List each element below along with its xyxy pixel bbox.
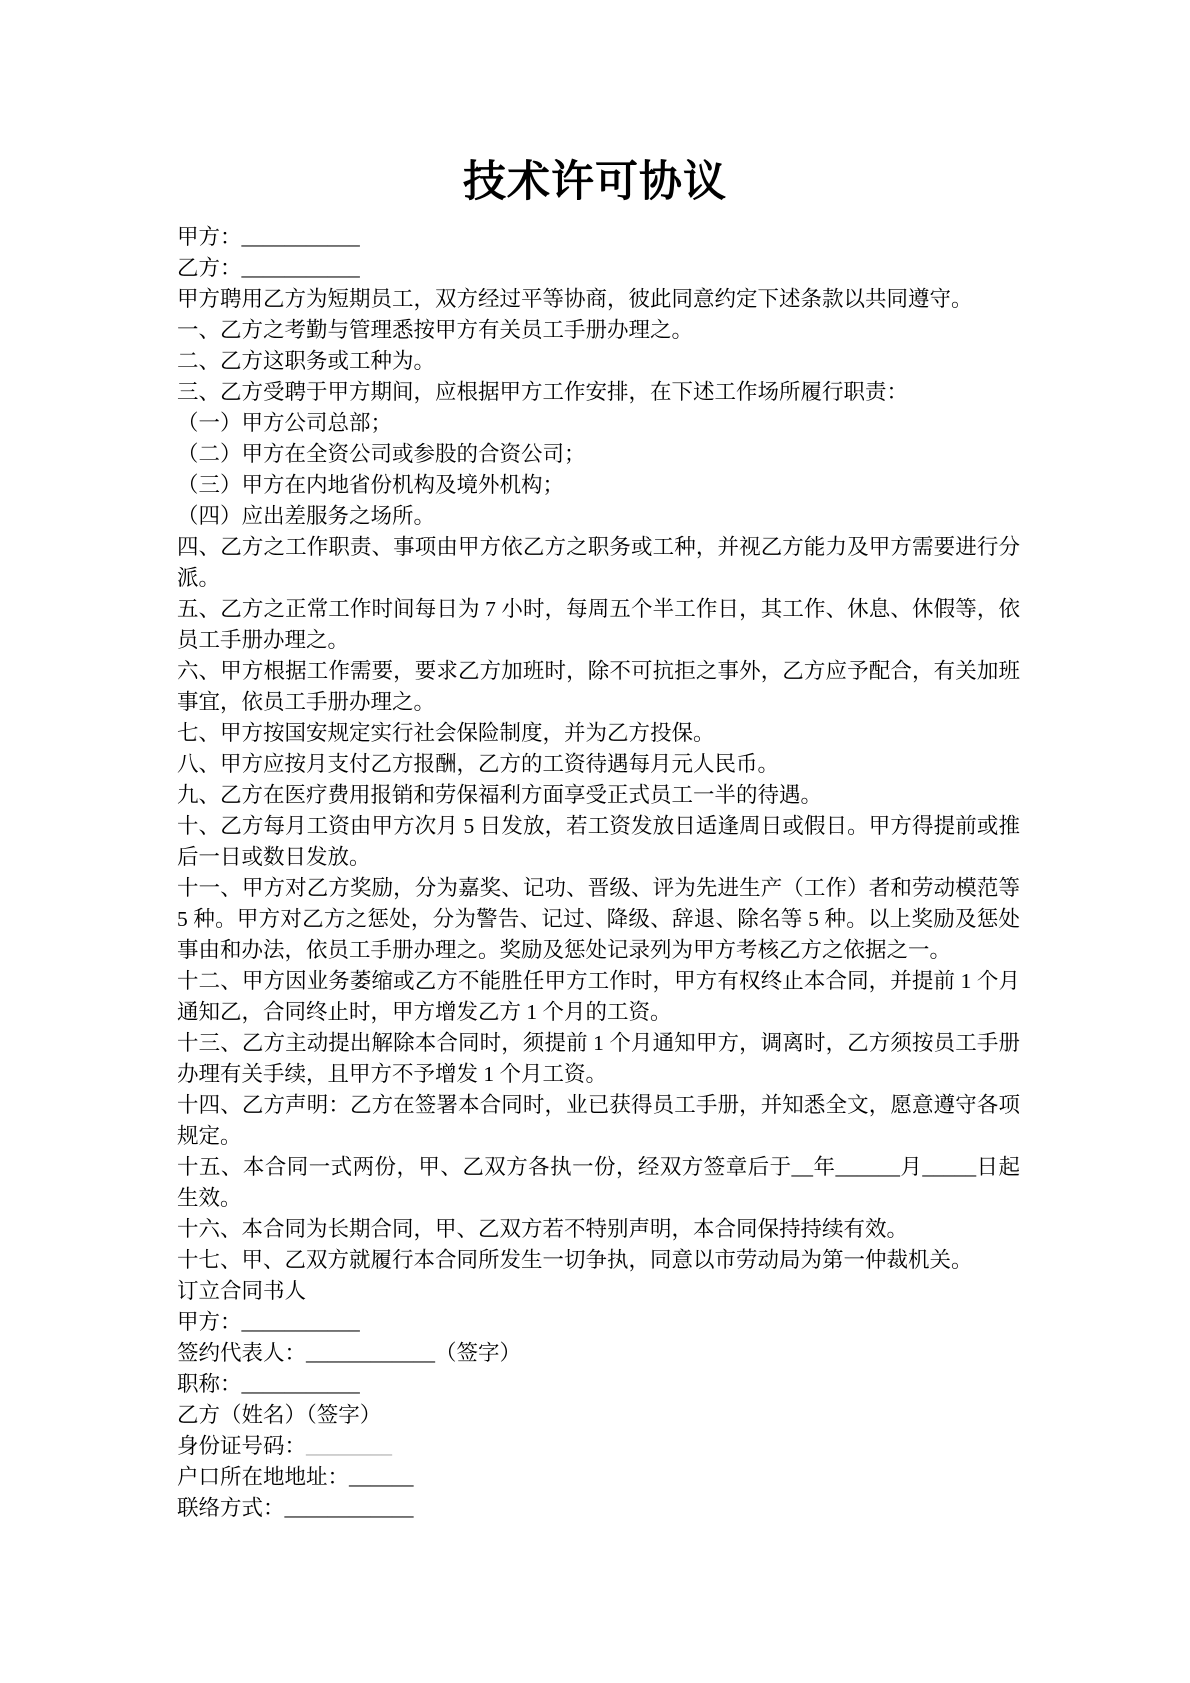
signature-address-blank: ______ xyxy=(349,1465,414,1489)
clause-5: 五、乙方之正常工作时间每日为 7 小时，每周五个半工作日，其工作、休息、休假等，… xyxy=(177,594,1020,656)
clause-12: 十二、甲方因业务萎缩或乙方不能胜任甲方工作时，甲方有权终止本合同，并提前 1 个… xyxy=(177,966,1020,1028)
signature-id-label: 身份证号码： xyxy=(177,1434,306,1458)
signature-party-a-line: 甲方：___________ xyxy=(177,1307,1020,1338)
clause-8: 八、甲方应按月支付乙方报酬，乙方的工资待遇每月元人民币。 xyxy=(177,749,1020,780)
signature-contact-label: 联络方式： xyxy=(177,1496,285,1520)
party-b-line: 乙方：___________ xyxy=(177,253,1020,284)
clause-4: 四、乙方之工作职责、事项由甲方依乙方之职务或工种，并视乙方能力及甲方需要进行分派… xyxy=(177,532,1020,594)
preamble: 甲方聘用乙方为短期员工，双方经过平等协商，彼此同意约定下述条款以共同遵守。 xyxy=(177,284,1020,315)
signature-job-title-label: 职称： xyxy=(177,1372,242,1396)
clause-1: 一、乙方之考勤与管理悉按甲方有关员工手册办理之。 xyxy=(177,315,1020,346)
document-title: 技术许可协议 xyxy=(0,0,1190,210)
signature-contact-line: 联络方式：____________ xyxy=(177,1493,1020,1524)
clause-14: 十四、乙方声明：乙方在签署本合同时，业已获得员工手册，并知悉全文，愿意遵守各项规… xyxy=(177,1090,1020,1152)
signature-heading: 订立合同书人 xyxy=(177,1276,1020,1307)
clause-17: 十七、甲、乙双方就履行本合同所发生一切争执，同意以市劳动局为第一仲裁机关。 xyxy=(177,1245,1020,1276)
signature-id-blank: ________ xyxy=(306,1434,392,1458)
signature-party-b-line: 乙方（姓名）（签字） xyxy=(177,1400,1020,1431)
clause-3: 三、乙方受聘于甲方期间，应根据甲方工作安排，在下述工作场所履行职责： xyxy=(177,377,1020,408)
signature-rep-line: 签约代表人：____________（签字） xyxy=(177,1338,1020,1369)
clause-15: 十五、本合同一式两份，甲、乙双方各执一份，经双方签章后于__年______月__… xyxy=(177,1152,1020,1214)
signature-job-title-blank: ___________ xyxy=(242,1372,360,1396)
signature-address-line: 户口所在地地址：______ xyxy=(177,1462,1020,1493)
signature-rep-suffix: （签字） xyxy=(435,1341,521,1365)
signature-contact-blank: ____________ xyxy=(285,1496,414,1520)
signature-rep-blank: ____________ xyxy=(306,1341,435,1365)
document-body: 甲方：___________ 乙方：___________ 甲方聘用乙方为短期员… xyxy=(177,222,1020,1524)
clause-11: 十一、甲方对乙方奖励，分为嘉奖、记功、晋级、评为先进生产（工作）者和劳动模范等 … xyxy=(177,873,1020,966)
signature-party-a-blank: ___________ xyxy=(242,1310,360,1334)
clause-10: 十、乙方每月工资由甲方次月 5 日发放，若工资发放日适逢周日或假日。甲方得提前或… xyxy=(177,811,1020,873)
clause-7: 七、甲方按国安规定实行社会保险制度，并为乙方投保。 xyxy=(177,718,1020,749)
signature-job-title-line: 职称：___________ xyxy=(177,1369,1020,1400)
clause-3-sub-3: （三）甲方在内地省份机构及境外机构； xyxy=(177,470,1020,501)
party-a-line: 甲方：___________ xyxy=(177,222,1020,253)
clause-9: 九、乙方在医疗费用报销和劳保福利方面享受正式员工一半的待遇。 xyxy=(177,780,1020,811)
clause-3-sub-2: （二）甲方在全资公司或参股的合资公司； xyxy=(177,439,1020,470)
clause-16: 十六、本合同为长期合同，甲、乙双方若不特别声明，本合同保持持续有效。 xyxy=(177,1214,1020,1245)
clause-6: 六、甲方根据工作需要，要求乙方加班时，除不可抗拒之事外，乙方应予配合，有关加班事… xyxy=(177,656,1020,718)
signature-address-label: 户口所在地地址： xyxy=(177,1465,349,1489)
clause-3-sub-1: （一）甲方公司总部； xyxy=(177,408,1020,439)
signature-party-a-label: 甲方： xyxy=(177,1310,242,1334)
clause-13: 十三、乙方主动提出解除本合同时，须提前 1 个月通知甲方，调离时，乙方须按员工手… xyxy=(177,1028,1020,1090)
signature-rep-label: 签约代表人： xyxy=(177,1341,306,1365)
contract-page: 技术许可协议 甲方：___________ 乙方：___________ 甲方聘… xyxy=(0,0,1190,1683)
clause-2: 二、乙方这职务或工种为。 xyxy=(177,346,1020,377)
signature-id-line: 身份证号码：________ xyxy=(177,1431,1020,1462)
clause-3-sub-4: （四）应出差服务之场所。 xyxy=(177,501,1020,532)
